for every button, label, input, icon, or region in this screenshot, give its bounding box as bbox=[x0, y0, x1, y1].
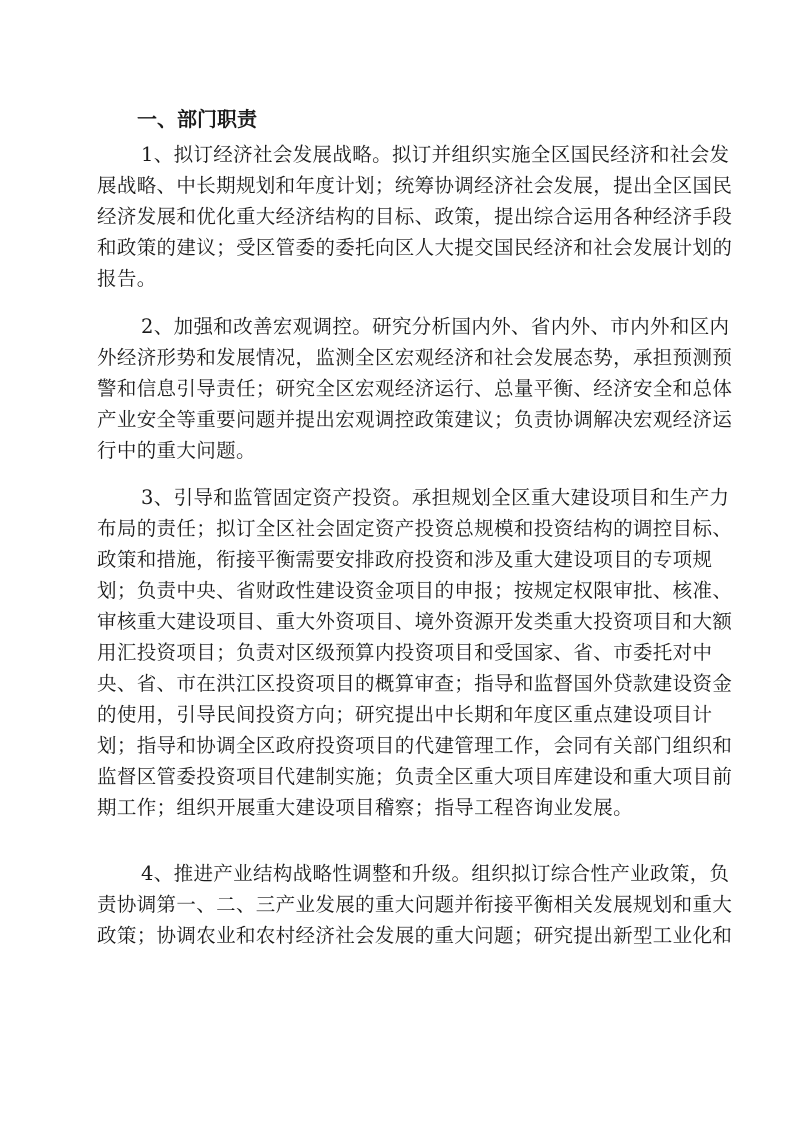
text-line: 监督区管委投资项目代建制实施；负责全区重大项目库建设和重大项目前 bbox=[97, 761, 699, 792]
text-line: 经济发展和优化重大经济结构的目标、政策，提出综合运用各种经济手段 bbox=[97, 201, 699, 232]
section-heading: 一、部门职责 bbox=[137, 106, 257, 132]
text-line: 展战略、中长期规划和年度计划；统筹协调经济社会发展，提出全区国民 bbox=[97, 170, 699, 201]
text-line: 审核重大建设项目、重大外资项目、境外资源开发类重大投资项目和大额 bbox=[97, 606, 699, 637]
text-line: 产业安全等重要问题并提出宏观调控政策建议；负责协调解决宏观经济运 bbox=[97, 404, 699, 435]
text-line: 央、省、市在洪江区投资项目的概算审查；指导和监督国外贷款建设资金 bbox=[97, 668, 699, 699]
paragraph-4: 4、推进产业结构战略性调整和升级。组织拟订综合性产业政策，负 责协调第一、二、三… bbox=[97, 858, 699, 951]
paragraph-3: 3、引导和监管固定资产投资。承担规划全区重大建设项目和生产力 布局的责任；拟订全… bbox=[97, 482, 699, 823]
text-line: 1、拟订经济社会发展战略。拟订并组织实施全区国民经济和社会发 bbox=[97, 139, 699, 170]
text-line: 4、推进产业结构战略性调整和升级。组织拟订综合性产业政策，负 bbox=[97, 858, 699, 889]
text-line: 报告。 bbox=[97, 263, 699, 294]
text-line: 责协调第一、二、三产业发展的重大问题并衔接平衡相关发展规划和重大 bbox=[97, 889, 699, 920]
text-line: 期工作；组织开展重大建设项目稽察；指导工程咨询业发展。 bbox=[97, 792, 699, 823]
text-line: 行中的重大问题。 bbox=[97, 435, 699, 466]
text-line: 划；指导和协调全区政府投资项目的代建管理工作，会同有关部门组织和 bbox=[97, 730, 699, 761]
text-line: 和政策的建议；受区管委的委托向区人大提交国民经济和社会发展计划的 bbox=[97, 232, 699, 263]
paragraph-2: 2、加强和改善宏观调控。研究分析国内外、省内外、市内外和区内 外经济形势和发展情… bbox=[97, 311, 699, 466]
text-line: 3、引导和监管固定资产投资。承担规划全区重大建设项目和生产力 bbox=[97, 482, 699, 513]
text-line: 政策和措施，衔接平衡需要安排政府投资和涉及重大建设项目的专项规 bbox=[97, 544, 699, 575]
text-line: 2、加强和改善宏观调控。研究分析国内外、省内外、市内外和区内 bbox=[97, 311, 699, 342]
paragraph-1: 1、拟订经济社会发展战略。拟订并组织实施全区国民经济和社会发 展战略、中长期规划… bbox=[97, 139, 699, 294]
text-line: 布局的责任；拟订全区社会固定资产投资总规模和投资结构的调控目标、 bbox=[97, 513, 699, 544]
text-line: 外经济形势和发展情况，监测全区宏观经济和社会发展态势，承担预测预 bbox=[97, 342, 699, 373]
document-page: 一、部门职责 1、拟订经济社会发展战略。拟订并组织实施全区国民经济和社会发 展战… bbox=[0, 0, 793, 1122]
text-line: 划；负责中央、省财政性建设资金项目的申报；按规定权限审批、核准、 bbox=[97, 575, 699, 606]
text-line: 警和信息引导责任；研究全区宏观经济运行、总量平衡、经济安全和总体 bbox=[97, 373, 699, 404]
text-line: 用汇投资项目；负责对区级预算内投资项目和受国家、省、市委托对中 bbox=[97, 637, 699, 668]
text-line: 政策；协调农业和农村经济社会发展的重大问题；研究提出新型工业化和 bbox=[97, 920, 699, 951]
text-line: 的使用，引导民间投资方向；研究提出中长期和年度区重点建设项目计 bbox=[97, 699, 699, 730]
